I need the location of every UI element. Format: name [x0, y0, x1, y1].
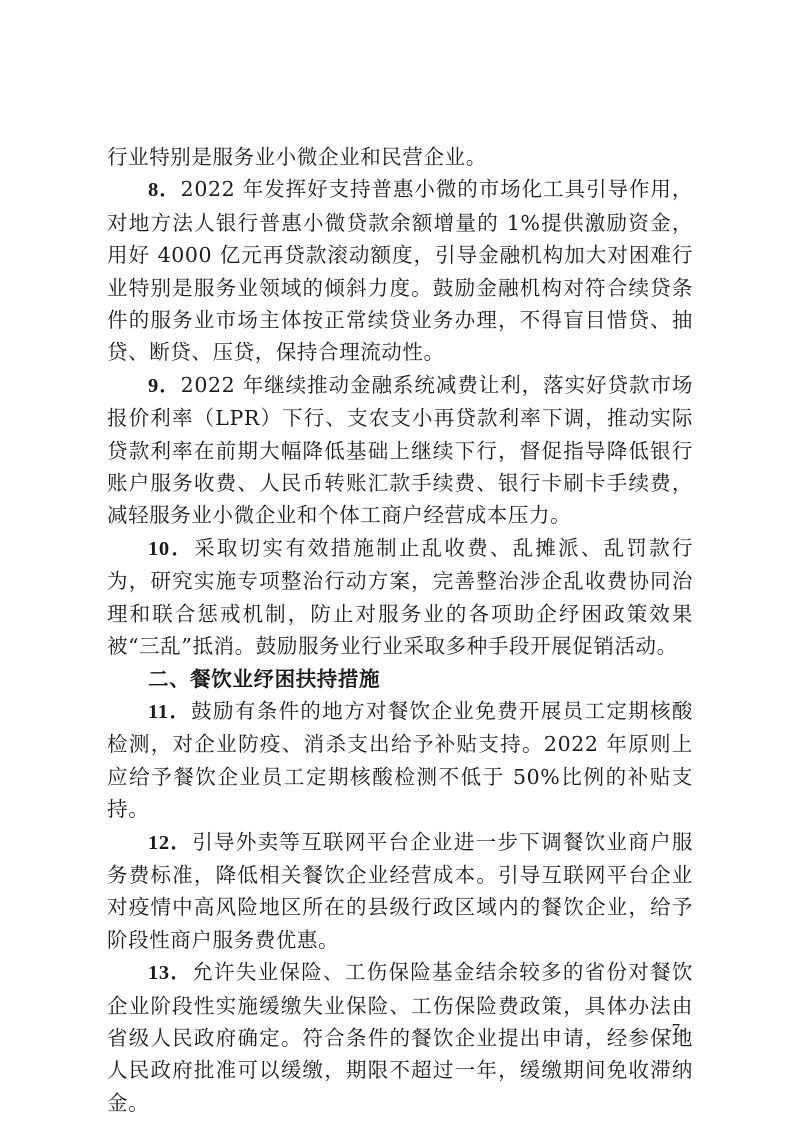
paragraph-item-8: 8．2022 年发挥好支持普惠小微的市场化工具引导作用，对地方法人银行普惠小微贷…	[107, 173, 693, 368]
paragraph-text: 引导外卖等互联网平台企业进一步下调餐饮业商户服务费标准，降低相关餐饮企业经营成本…	[107, 830, 693, 952]
item-number: 11．	[148, 701, 191, 723]
item-number: 13．	[148, 962, 192, 984]
paragraph-item-13: 13．允许失业保险、工伤保险基金结余较多的省份对餐饮企业阶段性实施缓缴失业保险、…	[107, 956, 693, 1119]
document-body: 行业特别是服务业小微企业和民营企业。 8．2022 年发挥好支持普惠小微的市场化…	[107, 141, 693, 1119]
item-number: 9．	[148, 375, 181, 397]
paragraph-item-9: 9．2022 年继续推动金融系统减费让利，落实好贷款市场报价利率（LPR）下行、…	[107, 369, 693, 532]
paragraph-text: 2022 年继续推动金融系统减费让利，落实好贷款市场报价利率（LPR）下行、支农…	[107, 373, 693, 528]
paragraph-text: 允许失业保险、工伤保险基金结余较多的省份对餐饮企业阶段性实施缓缴失业保险、工伤保…	[107, 960, 693, 1115]
item-number: 10．	[148, 538, 194, 560]
page-number: -7-	[666, 1020, 686, 1040]
section-heading: 二、餐饮业纾困扶持措施	[107, 663, 693, 695]
paragraph-item-10: 10．采取切实有效措施制止乱收费、乱摊派、乱罚款行为，研究实施专项整治行动方案，…	[107, 532, 693, 663]
paragraph-continuation: 行业特别是服务业小微企业和民营企业。	[107, 141, 693, 173]
paragraph-text: 鼓励有条件的地方对餐饮企业免费开展员工定期核酸检测，对企业防疫、消杀支出给予补贴…	[107, 699, 693, 821]
item-number: 8．	[148, 179, 181, 201]
paragraph-item-11: 11．鼓励有条件的地方对餐饮企业免费开展员工定期核酸检测，对企业防疫、消杀支出给…	[107, 695, 693, 826]
paragraph-text: 2022 年发挥好支持普惠小微的市场化工具引导作用，对地方法人银行普惠小微贷款余…	[107, 177, 693, 364]
paragraph-item-12: 12．引导外卖等互联网平台企业进一步下调餐饮业商户服务费标准，降低相关餐饮企业经…	[107, 826, 693, 957]
paragraph-text: 行业特别是服务业小微企业和民营企业。	[107, 145, 487, 169]
item-number: 12．	[148, 832, 192, 854]
paragraph-text: 采取切实有效措施制止乱收费、乱摊派、乱罚款行为，研究实施专项整治行动方案，完善整…	[107, 536, 693, 658]
